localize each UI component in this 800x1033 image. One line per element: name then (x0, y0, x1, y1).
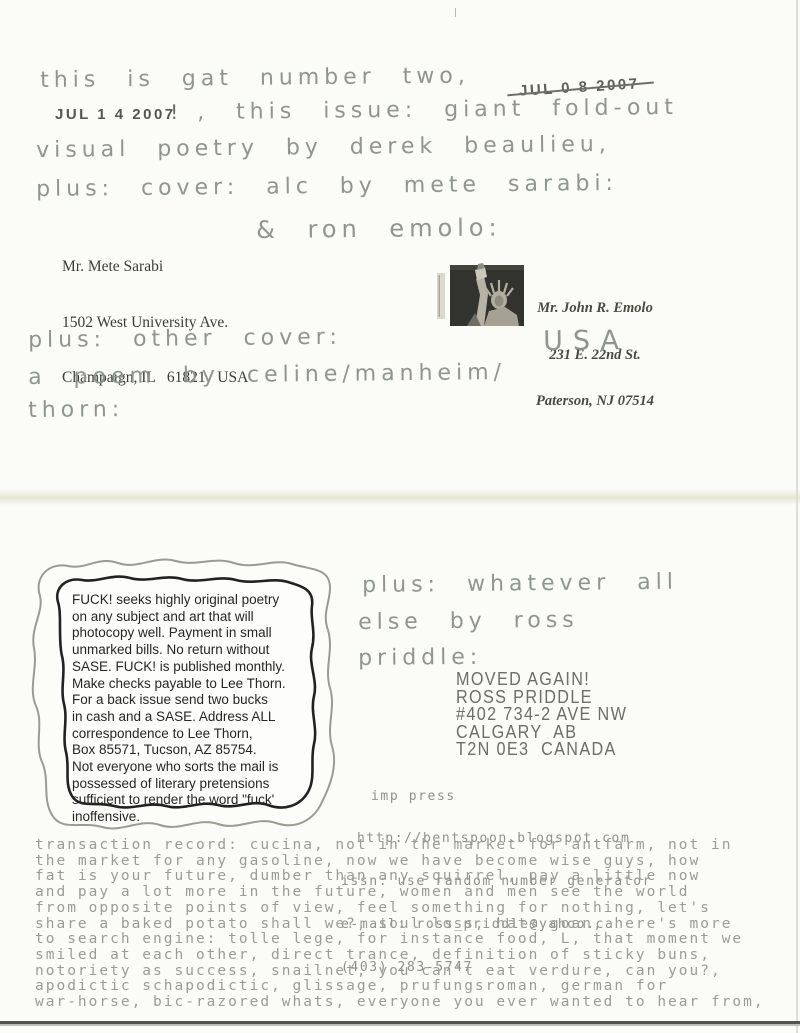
transaction-record-line: share a baked potato shall we?, soul los… (35, 917, 765, 933)
handwritten-whatever-line1: plus: whatever all (362, 570, 678, 598)
handwritten-whatever-line2: else by ross (358, 608, 579, 635)
fuck-zine-info-line: SASE. FUCK! is published monthly. (72, 659, 324, 676)
handwritten-line-2: , this issue: giant fold-out (197, 95, 678, 125)
handwritten-whatever-line3: priddle: (358, 645, 482, 671)
fuck-zine-info-line: in cash and a SASE. Address ALL (72, 709, 324, 726)
statue-of-liberty-icon (437, 263, 527, 329)
transaction-record-line: smiled at each other, direct trance, def… (35, 948, 765, 964)
recipient-address-line1: Mr. John R. Emolo (536, 301, 654, 317)
fuck-zine-info-line: FUCK! seeks highly original poetry (72, 592, 324, 609)
fuck-zine-info-line: Make checks payable to Lee Thorn. (72, 676, 324, 693)
moved-again-stamp-line: T2N 0E3 CANADA (456, 741, 627, 759)
scan-bottom-edge-light (0, 1024, 800, 1026)
transaction-record-line: the market for any gasoline, now we have… (35, 854, 765, 870)
fuck-zine-info-text: FUCK! seeks highly original poetryon any… (72, 592, 324, 826)
fold-crease (0, 489, 800, 505)
fuck-zine-info-box: FUCK! seeks highly original poetryon any… (24, 548, 346, 850)
fuck-zine-info-line: sufficient to render the word "fuck' (72, 792, 324, 809)
transaction-record-line: to search engine: tolle lege, for instan… (35, 932, 765, 948)
handwritten-line-5: & ron emolo: (256, 213, 502, 244)
handwritten-line-3: visual poetry by derek beaulieu, (36, 132, 611, 163)
sender-address: Mr. Mete Sarabi 1502 West University Ave… (62, 221, 248, 425)
fuck-zine-info-line: possessed of literary pretensions (72, 776, 324, 793)
date-stamp-received: JUL 1 4 2007 (55, 106, 176, 123)
handwritten-exclamation: ! (170, 100, 183, 124)
transaction-record-line: transaction record: cucina, not in the m… (35, 838, 765, 854)
statue-of-liberty-stamp-image (437, 263, 527, 334)
scan-right-edge (796, 0, 798, 1033)
handwritten-line-4: plus: cover: alc by mete sarabi: (36, 171, 618, 202)
fuck-zine-info-line: on any subject and art that will (72, 609, 324, 626)
fuck-zine-info-line: photocopy well. Payment in small (72, 625, 324, 642)
transaction-record-line: and pay a lot more in the future, women … (35, 885, 765, 901)
transaction-record-line: from opposite points of view, feel somet… (35, 901, 765, 917)
scanned-letter-page: this is gat number two, JUL 0 8 2007 JUL… (0, 0, 800, 1033)
handwritten-usa: USA (543, 325, 629, 357)
handwritten-other-cover: plus: other cover: (28, 325, 342, 353)
moved-again-stamp-line: MOVED AGAIN! (456, 671, 627, 689)
moved-again-address-stamp: MOVED AGAIN!ROSS PRIDDLE#402 734-2 AVE N… (456, 671, 627, 759)
transaction-record-line: war-horse, bic-razored whats, everyone y… (35, 995, 765, 1011)
fuck-zine-info-line: Not everyone who sorts the mail is (72, 759, 324, 776)
transaction-record-paragraph: transaction record: cucina, not in the m… (35, 838, 765, 1011)
fuck-zine-info-line: For a back issue send two bucks (72, 692, 324, 709)
handwritten-poem-line1: a poem by celine/manheim/ (28, 360, 506, 390)
handwritten-poem-line2: thorn: (28, 397, 124, 423)
scan-tick-mark (455, 8, 456, 17)
transaction-record-line: apodictic schapodictic, glissage, prufun… (35, 979, 765, 995)
recipient-address-line3: Paterson, NJ 07514 (536, 394, 654, 410)
transaction-record-line: fat is your future, dumber than any squi… (35, 869, 765, 885)
fuck-zine-info-line: unmarked bills. No return without (72, 642, 324, 659)
fuck-zine-info-line: correspondence to Lee Thorn, (72, 726, 324, 743)
imp-press-name: imp press (341, 790, 652, 804)
handwritten-line-1: this is gat number two, (40, 64, 470, 93)
transaction-record-line: notoriety as success, snailnet, you can'… (35, 964, 765, 980)
fuck-zine-info-line: Box 85571, Tucson, AZ 85754. (72, 742, 324, 759)
sender-address-line1: Mr. Mete Sarabi (62, 258, 248, 277)
fuck-zine-info-line: inoffensive. (72, 809, 324, 826)
